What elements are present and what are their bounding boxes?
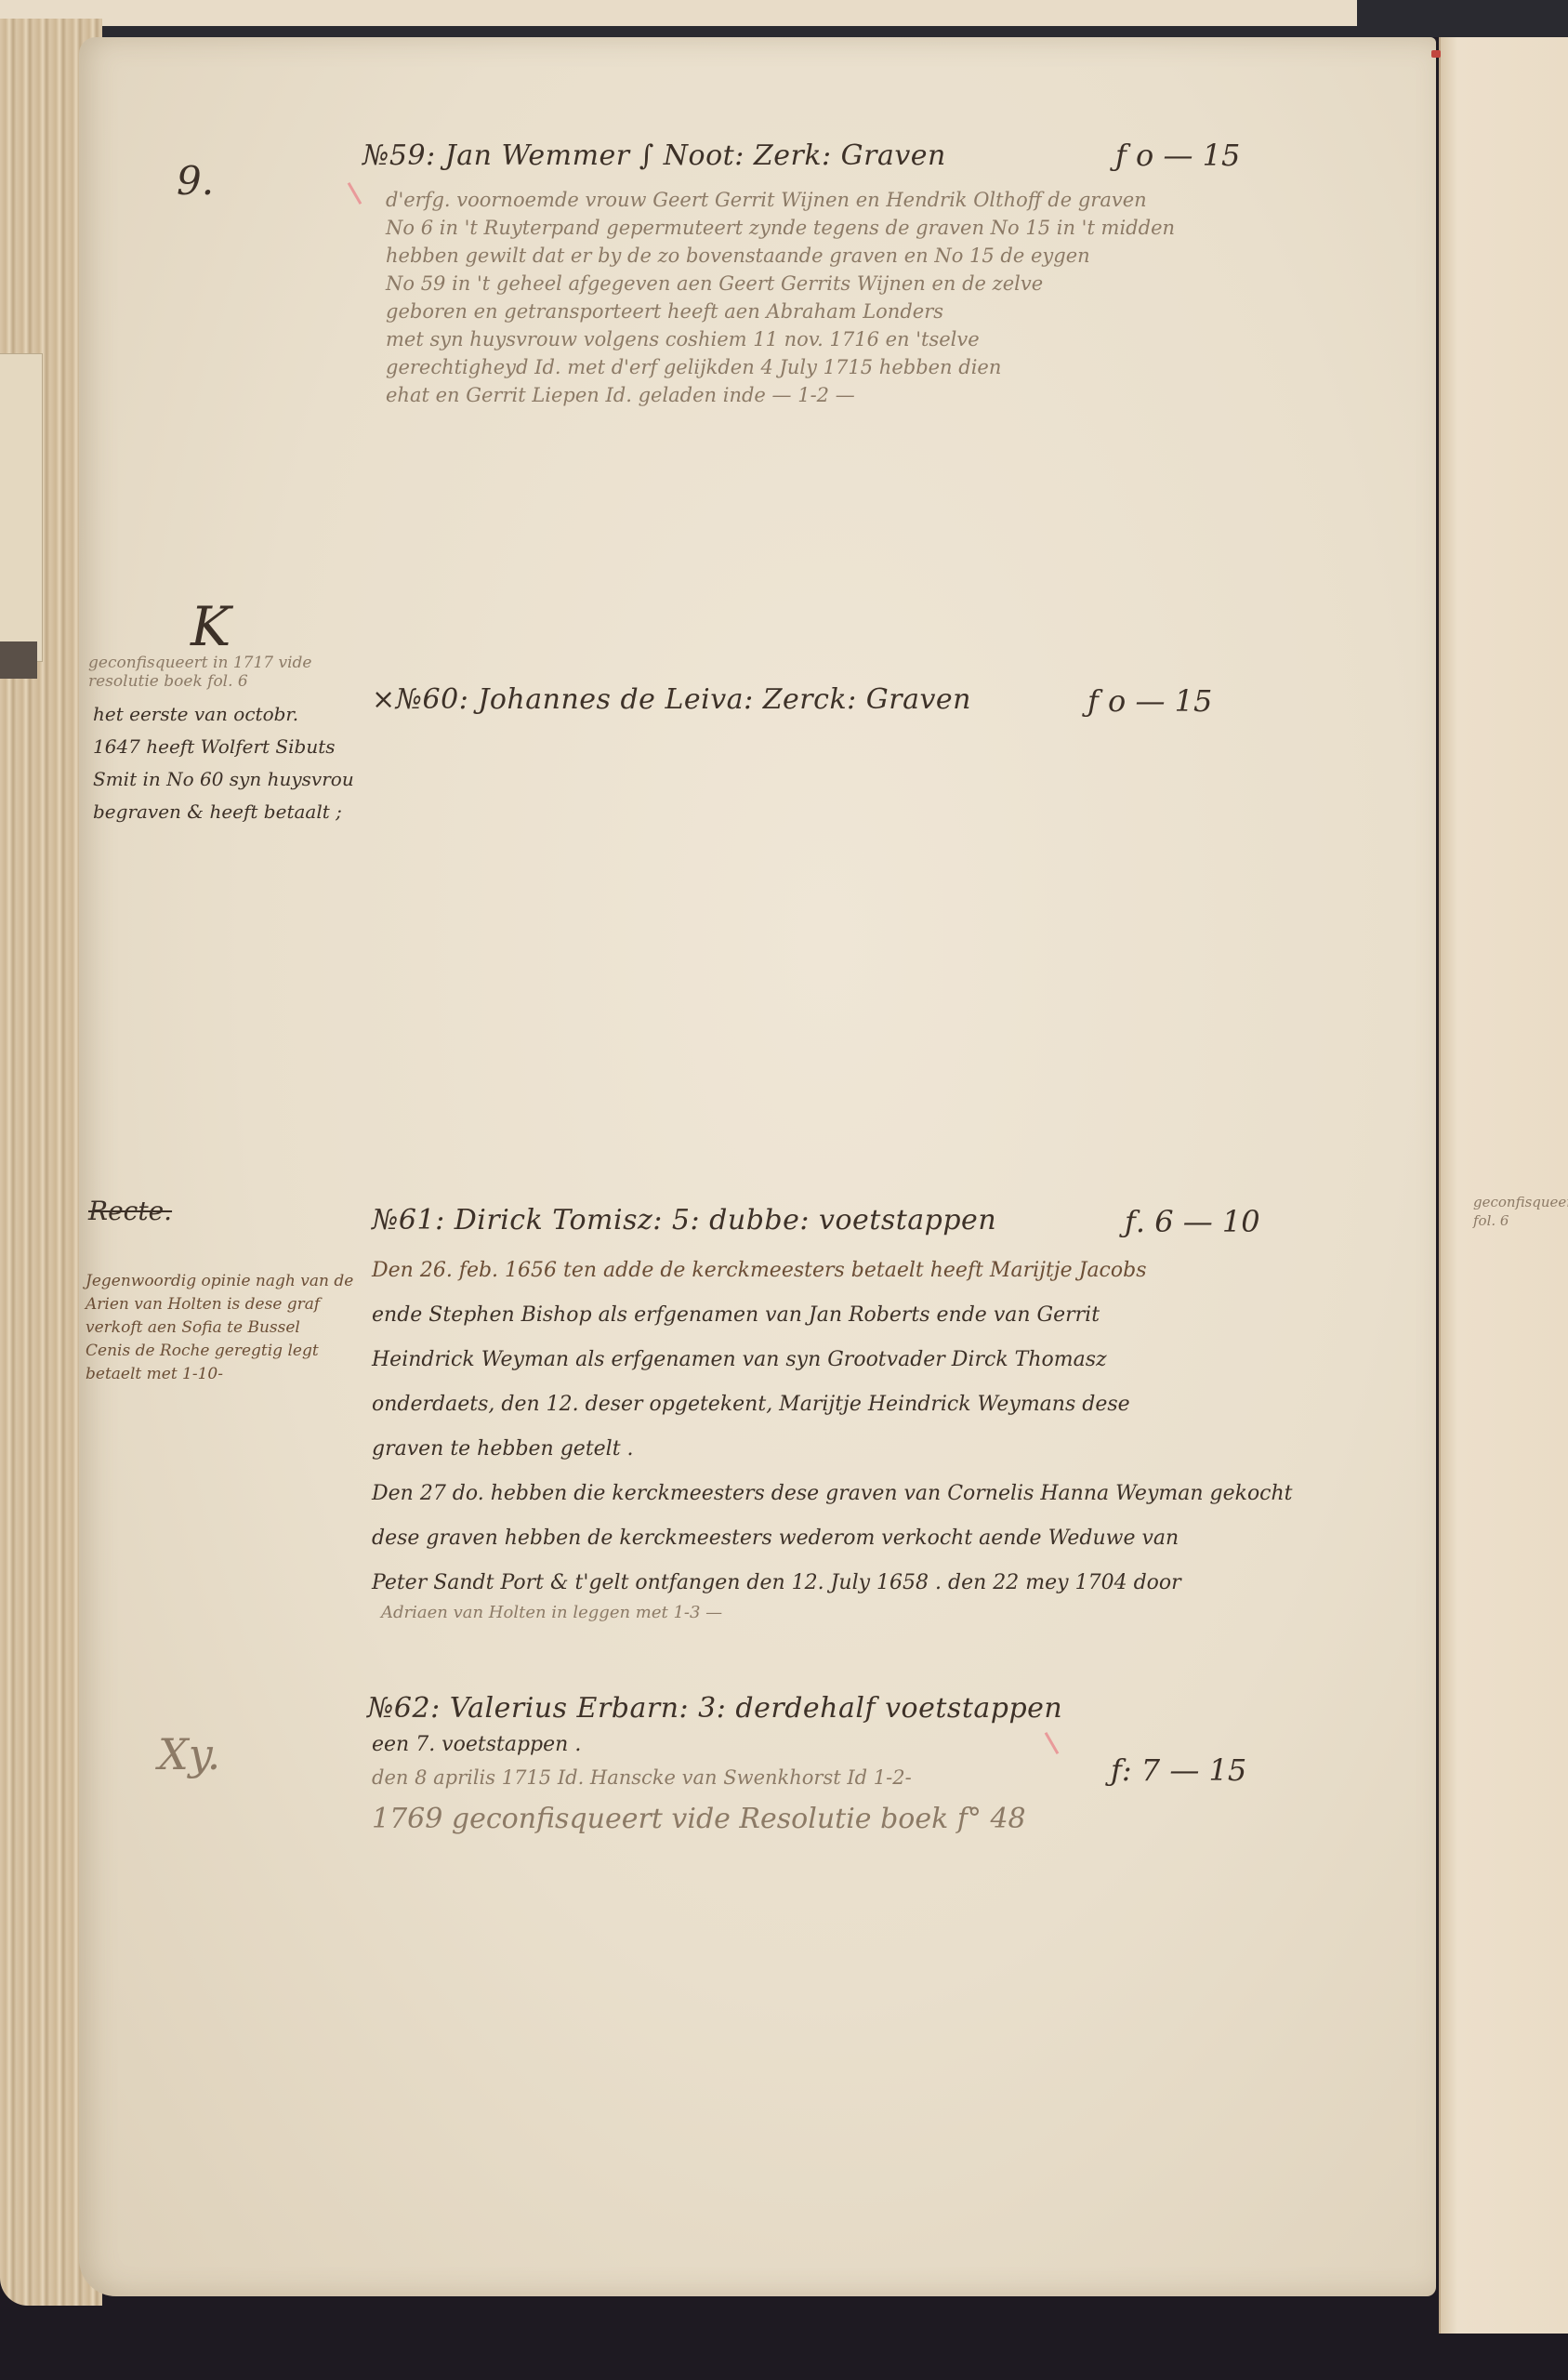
margin-61-struck: Recte. xyxy=(88,1199,172,1223)
entry-61-line-4: onderdaets, den 12. deser opgetekent, Ma… xyxy=(372,1389,1130,1421)
margin-60-line-1: het eerste van octobr. xyxy=(93,702,298,726)
margin-60-line-4: begraven & heeft betaalt ; xyxy=(93,800,342,824)
margin-61-line-1: Jegenwoordig opinie nagh van de xyxy=(86,1269,353,1293)
folio-number: 9. xyxy=(177,158,214,204)
margin-61-line-4: Cenis de Roche geregtig legt xyxy=(86,1339,319,1363)
margin-60-small-2: resolutie boek fol. 6 xyxy=(88,669,248,694)
inserted-slip xyxy=(0,353,43,662)
entry-61-line-7: dese graven hebben de kerckmeesters wede… xyxy=(372,1523,1179,1554)
entry-61-line-8: Peter Sandt Port & t'gelt ontfangen den … xyxy=(372,1567,1181,1599)
entry-59-line-7: gerechtigheyd Id. met d'erf gelijkden 4 … xyxy=(386,351,1001,383)
entry-62-subtitle: een 7. voetstappen . xyxy=(372,1729,581,1761)
entry-62-line-2: 1769 geconfisqueert vide Resolutie boek … xyxy=(372,1804,1026,1835)
margin-61-line-3: verkoft aen Sofia te Bussel xyxy=(86,1316,300,1340)
entry-61-line-9: Adriaen van Holten in leggen met 1-3 — xyxy=(381,1597,722,1629)
entry-61-line-3: Heindrick Weyman als erfgenamen van syn … xyxy=(372,1344,1107,1376)
entry-62-title: №62: Valerius Erbarn: 3: derdehalf voets… xyxy=(367,1692,1062,1725)
entry-61-amount: ƒ. 6 — 10 xyxy=(1125,1204,1260,1239)
entry-60-amount: ƒ o — 15 xyxy=(1087,683,1212,719)
entry-61-line-2: ende Stephen Bishop als erfgenamen van J… xyxy=(372,1300,1100,1331)
entry-61-line-5: graven te hebben getelt . xyxy=(372,1434,634,1465)
margin-60-line-3: Smit in No 60 syn huysvrou xyxy=(93,767,354,791)
page-top-edge xyxy=(0,0,1357,26)
right-note-line-2: fol. 6 xyxy=(1473,1209,1509,1233)
entry-61-line-1: Den 26. feb. 1656 ten adde de kerckmeest… xyxy=(372,1255,1147,1287)
entry-62-line-1: den 8 aprilis 1715 Id. Hanscke van Swenk… xyxy=(372,1762,912,1793)
margin-61-line-2: Arien van Holten is dese graf xyxy=(86,1292,320,1316)
entry-59-line-8: ehat en Gerrit Liepen Id. geladen inde —… xyxy=(386,379,855,411)
entry-59-line-5: geboren en getransporteert heeft aen Abr… xyxy=(386,296,943,327)
margin-letter-k: K xyxy=(191,595,231,658)
slip-shadow xyxy=(0,641,37,679)
entry-62-amount: ƒ: 7 — 15 xyxy=(1111,1752,1246,1788)
entry-59-amount: ƒ o — 15 xyxy=(1115,138,1240,173)
entry-59-line-6: met syn huysvrouw volgens coshiem 11 nov… xyxy=(386,324,980,355)
entry-61-line-6: Den 27 do. hebben die kerckmeesters dese… xyxy=(372,1478,1293,1510)
entry-59-line-3: hebben gewilt dat er by de zo bovenstaan… xyxy=(386,240,1090,271)
entry-59-title: №59: Jan Wemmer ∫ Noot: Zerk: Graven xyxy=(362,139,946,172)
entry-60-title: ×№60: Johannes de Leiva: Zerck: Graven xyxy=(372,683,971,716)
margin-61-line-5: betaelt met 1-10- xyxy=(86,1362,223,1386)
margin-62-mark: Xy. xyxy=(158,1729,220,1779)
entry-59-line-1: d'erfg. voornoemde vrouw Geert Gerrit Wi… xyxy=(386,184,1147,216)
red-wax-mark xyxy=(1431,50,1441,58)
entry-59-line-4: No 59 in 't geheel afgegeven aen Geert G… xyxy=(386,268,1043,299)
facing-page-edge xyxy=(1439,37,1568,2334)
margin-60-line-2: 1647 heeft Wolfert Sibuts xyxy=(93,734,336,759)
entry-59-line-2: No 6 in 't Ruyterpand gepermuteert zynde… xyxy=(386,212,1175,244)
entry-61-title: №61: Dirick Tomisz: 5: dubbe: voetstappe… xyxy=(372,1204,996,1236)
